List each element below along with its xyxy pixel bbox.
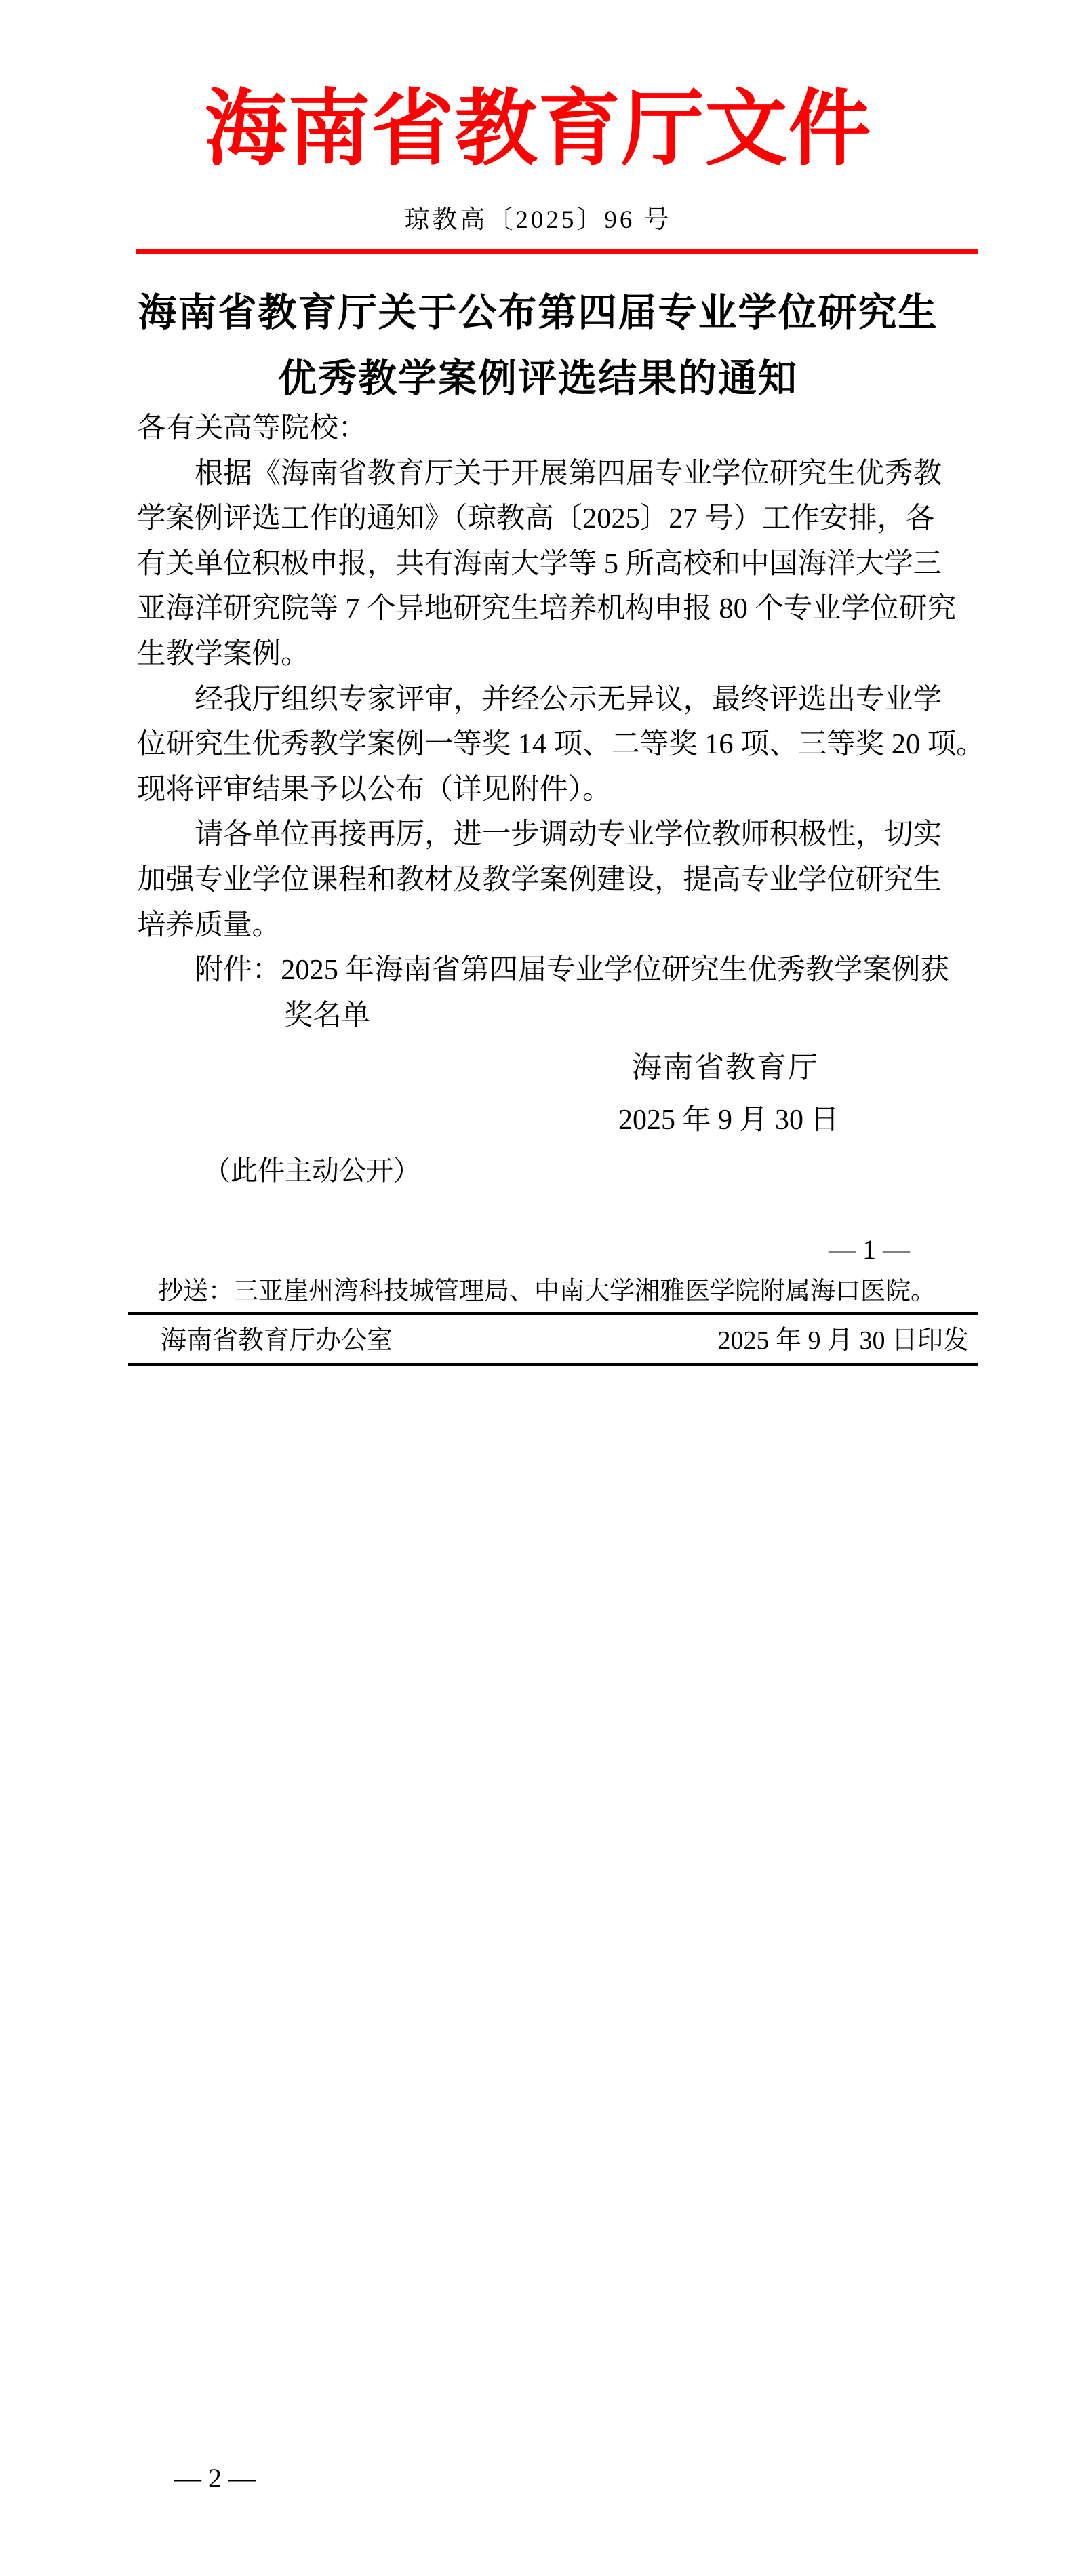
page-number-1: — 1 — xyxy=(829,1233,910,1267)
public-disclosure-note: （此件主动公开） xyxy=(203,1155,420,1187)
cc-distribution-note: 抄送：三亚崖州湾科技城管理局、中南大学湘雅医学院附属海口医院。 xyxy=(158,1273,936,1310)
official-document-page: 海南省教育厅文件 琼教高〔2025〕96 号 海南省教育厅关于公布第四届专业学位… xyxy=(0,0,1076,2576)
signature-date: 2025 年 9 月 30 日 xyxy=(618,1102,839,1138)
body-text-line: 位研究生优秀教学案例一等奖 14 项、二等奖 16 项、三等奖 20 项。 xyxy=(137,722,978,768)
body-text-line: 有关单位积极申报，共有海南大学等 5 所高校和中国海洋大学三 xyxy=(137,542,978,587)
body-text-line: 生教学案例。 xyxy=(137,632,978,677)
body-text-line: 亚海洋研究院等 7 个异地研究生培养机构申报 80 个专业学位研究 xyxy=(137,587,978,632)
document-title-line-1: 海南省教育厅关于公布第四届专业学位研究生 xyxy=(0,280,1076,346)
footer-issuing-row: 海南省教育厅办公室 2025 年 9 月 30 日印发 xyxy=(161,1324,969,1358)
signature-organization: 海南省教育厅 xyxy=(632,1050,819,1086)
body-text-line: 培养质量。 xyxy=(137,903,978,949)
footer-rule-top xyxy=(128,1312,978,1315)
body-text-line: 奖名单 xyxy=(137,993,978,1039)
document-title: 海南省教育厅关于公布第四届专业学位研究生 优秀教学案例评选结果的通知 xyxy=(0,280,1076,412)
page-number-2: — 2 — xyxy=(174,2461,256,2495)
body-text-line: 根据《海南省教育厅关于开展第四届专业学位研究生优秀教 xyxy=(137,452,978,497)
agency-letterhead-title: 海南省教育厅文件 xyxy=(0,85,1076,174)
body-text-line: 学案例评选工作的通知》（琼教高〔2025〕27 号）工作安排，各 xyxy=(137,496,978,542)
body-text-line: 现将评审结果予以公布（详见附件）。 xyxy=(137,768,978,813)
body-text-line: 加强专业学位课程和教材及教学案例建设，提高专业学位研究生 xyxy=(137,858,978,903)
document-reference-number: 琼教高〔2025〕96 号 xyxy=(0,204,1076,237)
issuing-office: 海南省教育厅办公室 xyxy=(161,1324,393,1358)
document-body: 各有关高等院校：根据《海南省教育厅关于开展第四届专业学位研究生优秀教学案例评选工… xyxy=(137,406,978,1038)
body-text-line: 附件：2025 年海南省第四届专业学位研究生优秀教学案例获 xyxy=(137,948,978,993)
print-date: 2025 年 9 月 30 日印发 xyxy=(717,1324,969,1358)
body-text-line: 请各单位再接再厉，进一步调动专业学位教师积极性，切实 xyxy=(137,812,978,858)
letterhead-red-rule xyxy=(136,249,978,254)
footer-rule-bottom xyxy=(128,1363,978,1366)
body-text-line: 经我厅组织专家评审，并经公示无异议，最终评选出专业学 xyxy=(137,677,978,723)
document-title-line-2: 优秀教学案例评选结果的通知 xyxy=(0,346,1076,412)
body-text-line: 各有关高等院校： xyxy=(137,406,978,452)
